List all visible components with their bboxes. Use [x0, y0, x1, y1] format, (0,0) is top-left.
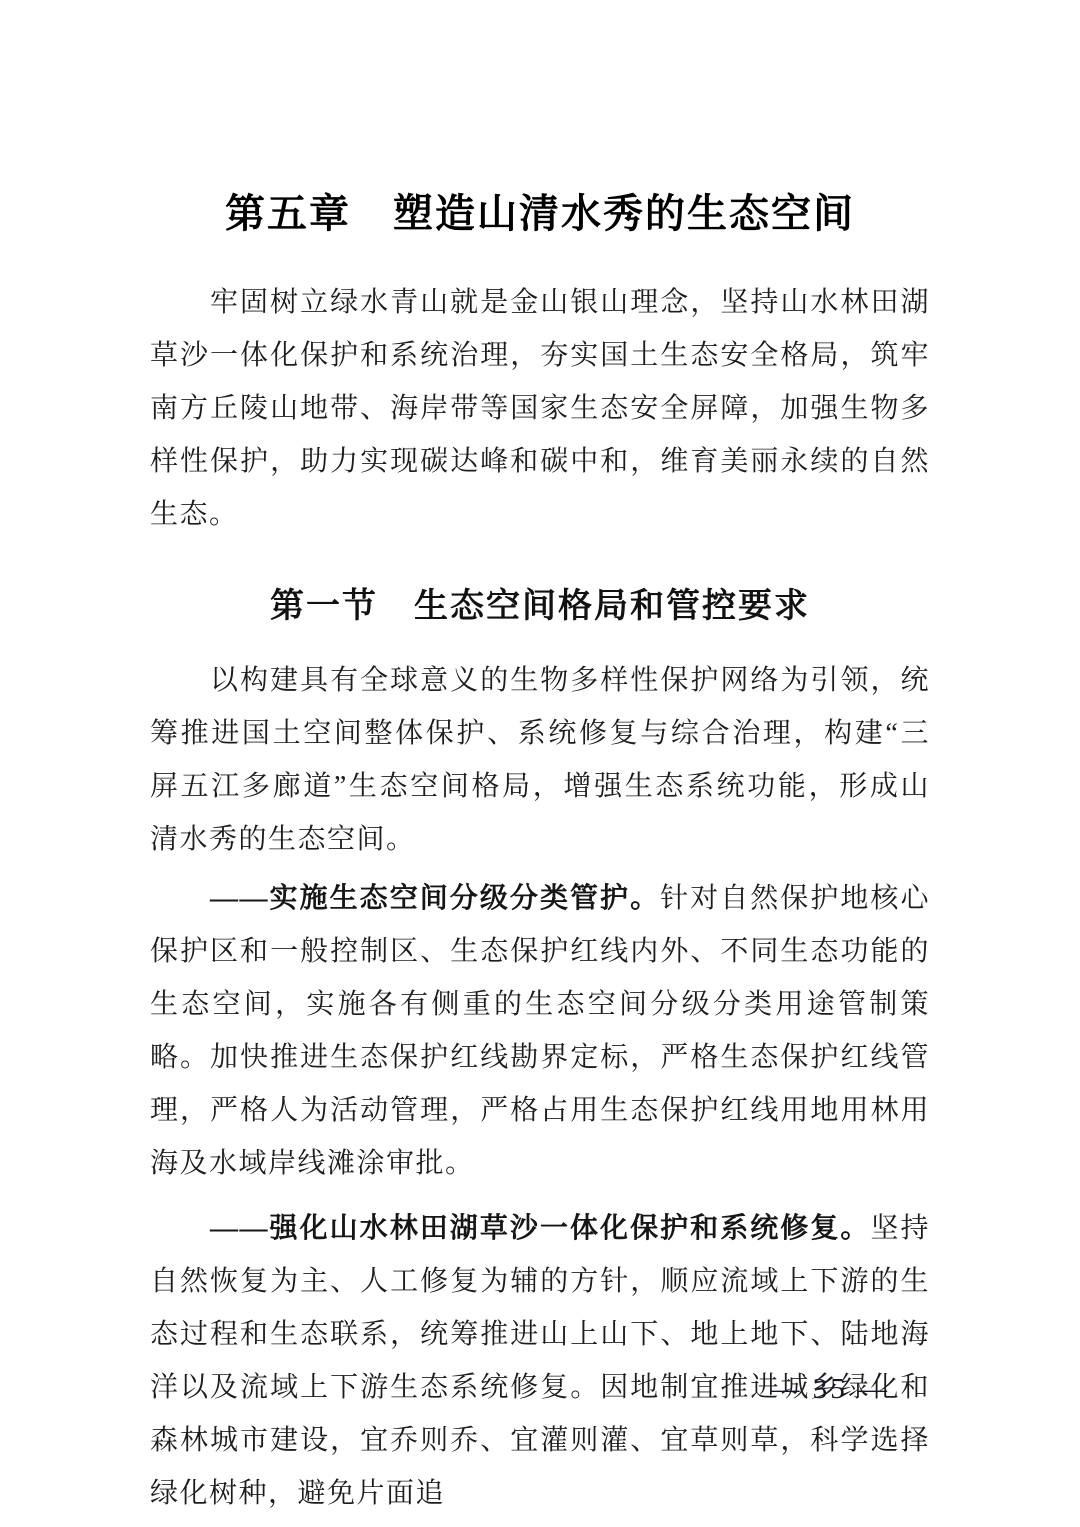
policy-paragraph-integrated-restoration: ——强化山水林田湖草沙一体化保护和系统修复。坚持自然恢复为主、人工修复为辅的方针… — [150, 1202, 930, 1520]
policy-lead-integrated-restoration: ——强化山水林田湖草沙一体化保护和系统修复。 — [210, 1213, 870, 1244]
policy-paragraph-graded-management: ——实施生态空间分级分类管护。针对自然保护地核心保护区和一般控制区、生态保护红线… — [150, 872, 930, 1190]
section-heading: 第一节 生态空间格局和管控要求 — [150, 584, 930, 628]
chapter-title: 第五章 塑造山清水秀的生态空间 — [150, 190, 930, 238]
policy-body-integrated-restoration: 坚持自然恢复为主、人工修复为辅的方针，顺应流域上下游的生态过程和生态联系，统筹推… — [150, 1213, 930, 1509]
document-page: 第五章 塑造山清水秀的生态空间 牢固树立绿水青山就是金山银山理念，坚持山水林田湖… — [0, 0, 1080, 1527]
page-number: — 35 — — [771, 1372, 891, 1406]
policy-body-graded-management: 针对自然保护地核心保护区和一般控制区、生态保护红线内外、不同生态功能的生态空间，… — [150, 883, 930, 1179]
section-intro-paragraph: 以构建具有全球意义的生物多样性保护网络为引领，统筹推进国土空间整体保护、系统修复… — [150, 654, 930, 866]
policy-lead-graded-management: ——实施生态空间分级分类管护。 — [210, 883, 660, 914]
intro-paragraph: 牢固树立绿水青山就是金山银山理念，坚持山水林田湖草沙一体化保护和系统治理，夯实国… — [150, 276, 930, 541]
